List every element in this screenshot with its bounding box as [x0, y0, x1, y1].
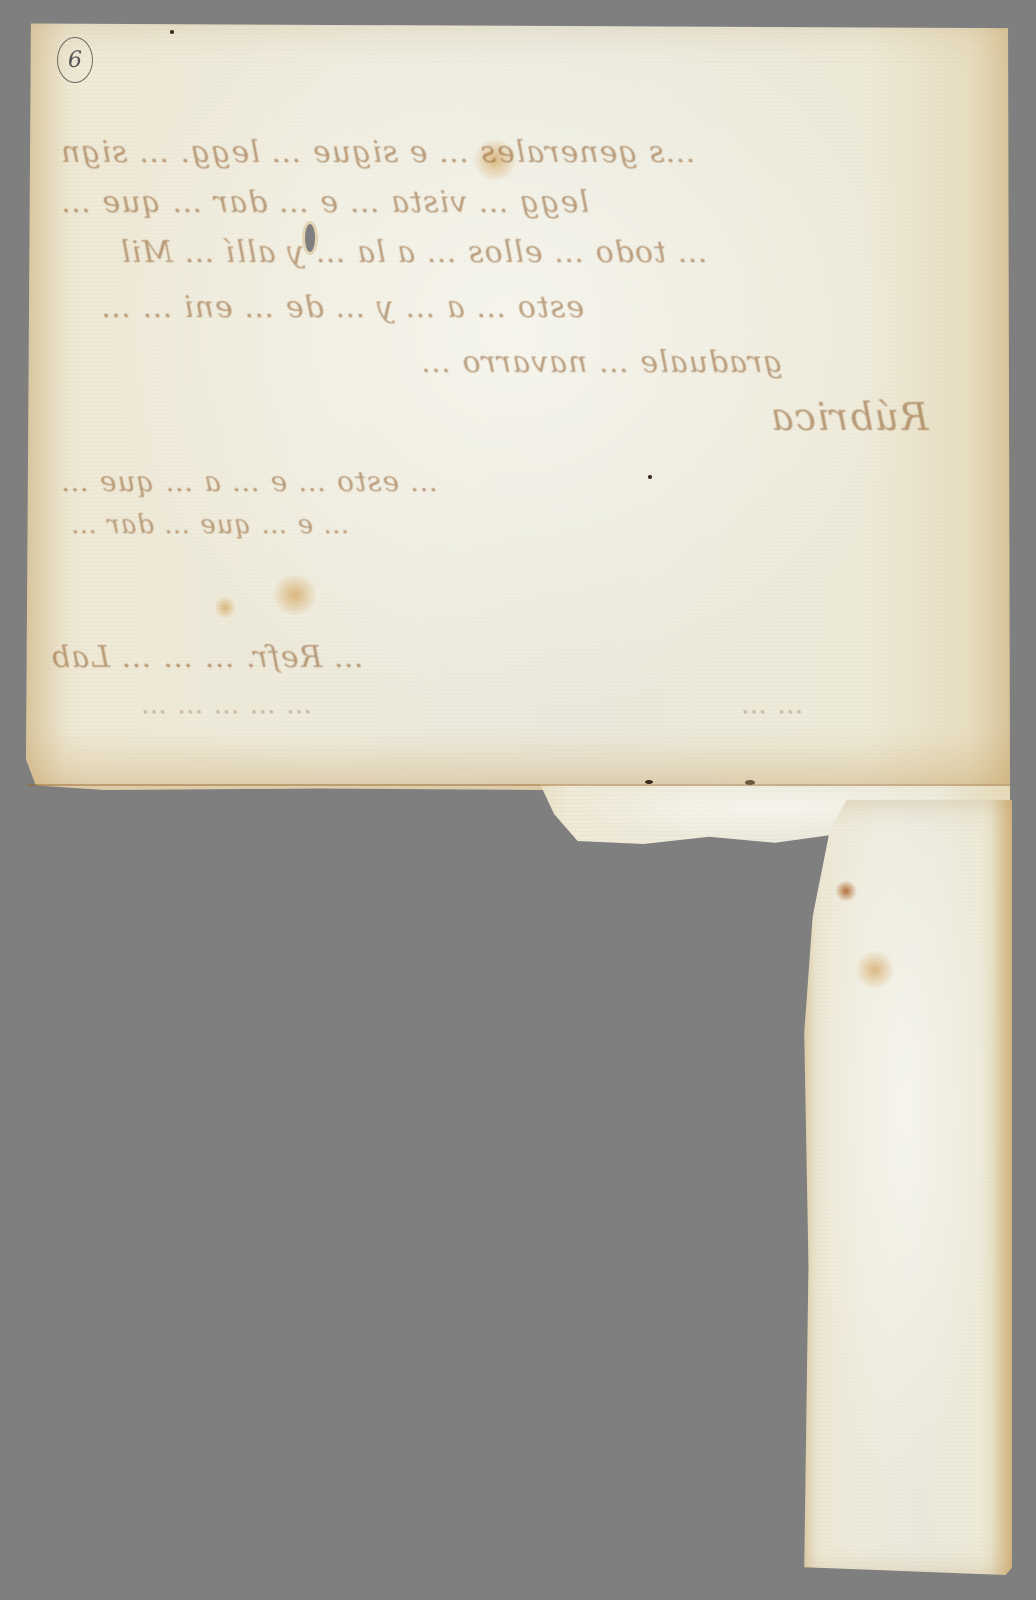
- foxing-stain: [855, 950, 895, 990]
- bleed-through-line: graduale … navarro …: [420, 345, 783, 380]
- bleed-through-line: … Refr. … … … Lab: [50, 640, 364, 675]
- ink-speck: [645, 780, 653, 784]
- bleed-through-line: … e … que … dar …: [70, 510, 349, 540]
- bleed-through-signature: Rúbrica: [770, 395, 929, 439]
- foxing-stain: [215, 595, 235, 620]
- bleed-through-line: … todo … ellos … a la … y allí … Mil: [120, 235, 708, 270]
- ink-speck: [745, 780, 755, 785]
- ink-speck: [170, 30, 174, 34]
- page-number-text: 6: [68, 48, 82, 73]
- bleed-through-line: … esto … e … a … que …: [60, 465, 438, 498]
- page-number-circled: 6: [57, 37, 93, 83]
- fold-crease: [26, 784, 1010, 786]
- torn-paper-strip: [800, 800, 1012, 1575]
- bleed-through-line: …s generales … e sigue … legg. … sign: [60, 135, 696, 170]
- ink-blot: [835, 880, 857, 902]
- bleed-through-line: esto … a … y … de … eni … …: [100, 290, 584, 325]
- bleed-through-line: legg … vista … e … dar … que …: [60, 185, 589, 220]
- bleed-through-line: … … … … …: [140, 690, 312, 720]
- bleed-through-line: … …: [740, 690, 803, 720]
- foxing-stain: [270, 575, 320, 615]
- ink-speck: [648, 475, 652, 479]
